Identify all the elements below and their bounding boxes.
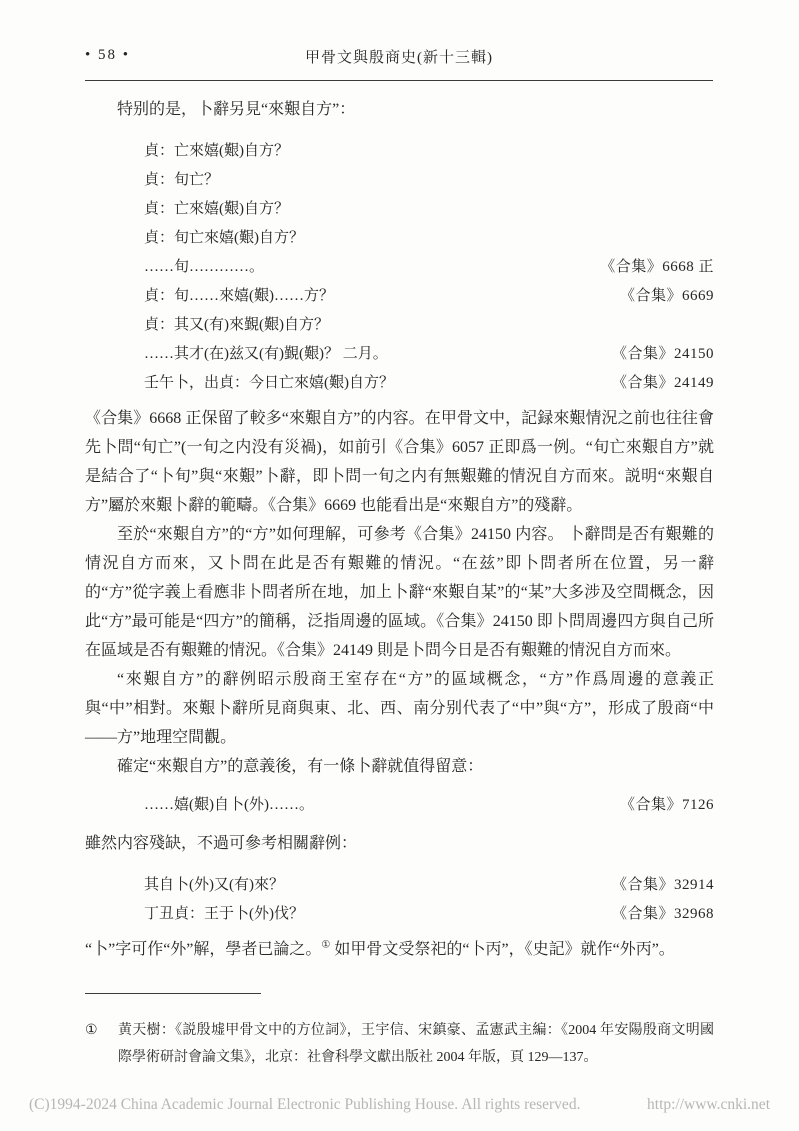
footnote-divider <box>85 993 261 994</box>
quote-line: 貞：亡來嬉(艱)自方？ <box>144 137 714 166</box>
quote-citation: 《合集》24149 <box>612 369 714 398</box>
journal-title: 甲骨文與殷商史(新十三輯) <box>85 46 713 67</box>
copyright-text: (C)1994-2024 China Academic Journal Elec… <box>29 1096 580 1114</box>
quote-text: 貞：旬……來嬉(艱)……方？ <box>144 282 334 311</box>
intro-paragraph: 特别的是，卜辭另見“來艱自方”： <box>85 95 714 124</box>
quote-text: 壬午卜，出貞：今日亡來嬉(艱)自方？ <box>144 369 394 398</box>
quote-citation: 《合集》24150 <box>612 340 714 369</box>
footnote: ① 黄天樹：《説殷墟甲骨文中的方位詞》，王宇信、宋鎮豪、孟憲武主編：《2004 … <box>85 1017 714 1071</box>
page-footer: (C)1994-2024 China Academic Journal Elec… <box>0 1096 799 1114</box>
footnote-marker: ① <box>85 1017 98 1044</box>
quote-text: ……嬉(艱)自卜(外)……。 <box>144 791 314 820</box>
quote-text: 貞：其又(有)來覲(艱)自方？ <box>144 311 329 340</box>
quote-line: 其自卜(外)又(有)來𡆥？ 《合集》32914 <box>144 871 714 900</box>
quote-citation: 《合集》7126 <box>620 791 714 820</box>
quote-text: 貞：亡來嬉(艱)自方？ <box>144 137 289 166</box>
quote-line: 壬午卜，出貞：今日亡來嬉(艱)自方？ 《合集》24149 <box>144 369 714 398</box>
quote-text: 貞：旬亡來嬉(艱)自方？ <box>144 224 304 253</box>
body-paragraph-f: “卜”字可作“外”解，學者已論之。① 如甲骨文受祭祀的“卜丙”，《史記》就作“外… <box>85 935 714 964</box>
quote-line: ……其才(在)兹又(有)覲(艱)？ 二月。 《合集》24150 <box>144 340 714 369</box>
quote-line: ……嬉(艱)自卜(外)……。 《合集》7126 <box>144 791 714 820</box>
paragraph-text: 如甲骨文受祭祀的“卜丙”，《史記》就作“外丙”。 <box>330 941 674 958</box>
quote-line: 貞：其又(有)來覲(艱)自方？ <box>144 311 714 340</box>
quote-citation: 《合集》32914 <box>612 871 714 900</box>
page-number: • 58 • <box>85 47 130 64</box>
quote-text: ……其才(在)兹又(有)覲(艱)？ 二月。 <box>144 340 388 369</box>
paragraph-text: “卜”字可作“外”解，學者已論之。 <box>85 941 321 958</box>
quote-line: 貞：旬亡來嬉(艱)自方？ <box>144 224 714 253</box>
quote-text: 貞：亡來嬉(艱)自方？ <box>144 195 289 224</box>
quote-text: 丁丑貞：王于卜(外)伐？ <box>144 900 304 929</box>
quote-text: 貞：旬亡𡆥？ <box>144 166 219 195</box>
oracle-quote-block-2: ……嬉(艱)自卜(外)……。 《合集》7126 <box>85 791 714 820</box>
oracle-quote-block-1: 貞：亡來嬉(艱)自方？ 貞：旬亡𡆥？ 貞：亡來嬉(艱)自方？ 貞：旬亡來嬉(艱)… <box>85 137 714 398</box>
quote-line: 貞：旬亡𡆥？ <box>144 166 714 195</box>
body-paragraph-e: 雖然内容殘缺，不過可參考相關辭例： <box>85 829 714 858</box>
page-header: • 58 • 甲骨文與殷商史(新十三輯) <box>85 46 713 81</box>
quote-text: ……旬……𡆥……。 <box>144 253 264 282</box>
quote-citation: 《合集》32968 <box>612 900 714 929</box>
body-paragraph-c: “來艱自方”的辭例昭示殷商王室存在“方”的區域概念，“方”作爲周邊的意義正與“中… <box>85 665 714 752</box>
oracle-quote-block-3: 其自卜(外)又(有)來𡆥？ 《合集》32914 丁丑貞：王于卜(外)伐？ 《合集… <box>85 871 714 929</box>
footnote-text: 黄天樹：《説殷墟甲骨文中的方位詞》，王宇信、宋鎮豪、孟憲武主編：《2004 年安… <box>118 1023 714 1065</box>
body-paragraph-b: 至於“來艱自方”的“方”如何理解，可參考《合集》24150 内容。 卜辭問是否有… <box>85 520 714 665</box>
quote-citation: 《合集》6668 正 <box>600 253 714 282</box>
document-page: • 58 • 甲骨文與殷商史(新十三輯) 特别的是，卜辭另見“來艱自方”： 貞：… <box>0 0 799 1131</box>
quote-line: ……旬……𡆥……。 《合集》6668 正 <box>144 253 714 282</box>
body-paragraph-a: 《合集》6668 正保留了較多“來艱自方”的内容。在甲骨文中，記録來艱情況之前也… <box>85 404 714 520</box>
main-text-column: 特别的是，卜辭另見“來艱自方”： 貞：亡來嬉(艱)自方？ 貞：旬亡𡆥？ 貞：亡來… <box>85 95 714 1071</box>
quote-line: 貞：旬……來嬉(艱)……方？ 《合集》6669 <box>144 282 714 311</box>
quote-citation: 《合集》6669 <box>620 282 714 311</box>
quote-text: 其自卜(外)又(有)來𡆥？ <box>144 871 284 900</box>
quote-line: 貞：亡來嬉(艱)自方？ <box>144 195 714 224</box>
body-paragraph-d: 確定“來艱自方”的意義後，有一條卜辭就值得留意： <box>85 752 714 781</box>
quote-line: 丁丑貞：王于卜(外)伐？ 《合集》32968 <box>144 900 714 929</box>
cnki-url-link[interactable]: http://www.cnki.net <box>647 1096 770 1114</box>
